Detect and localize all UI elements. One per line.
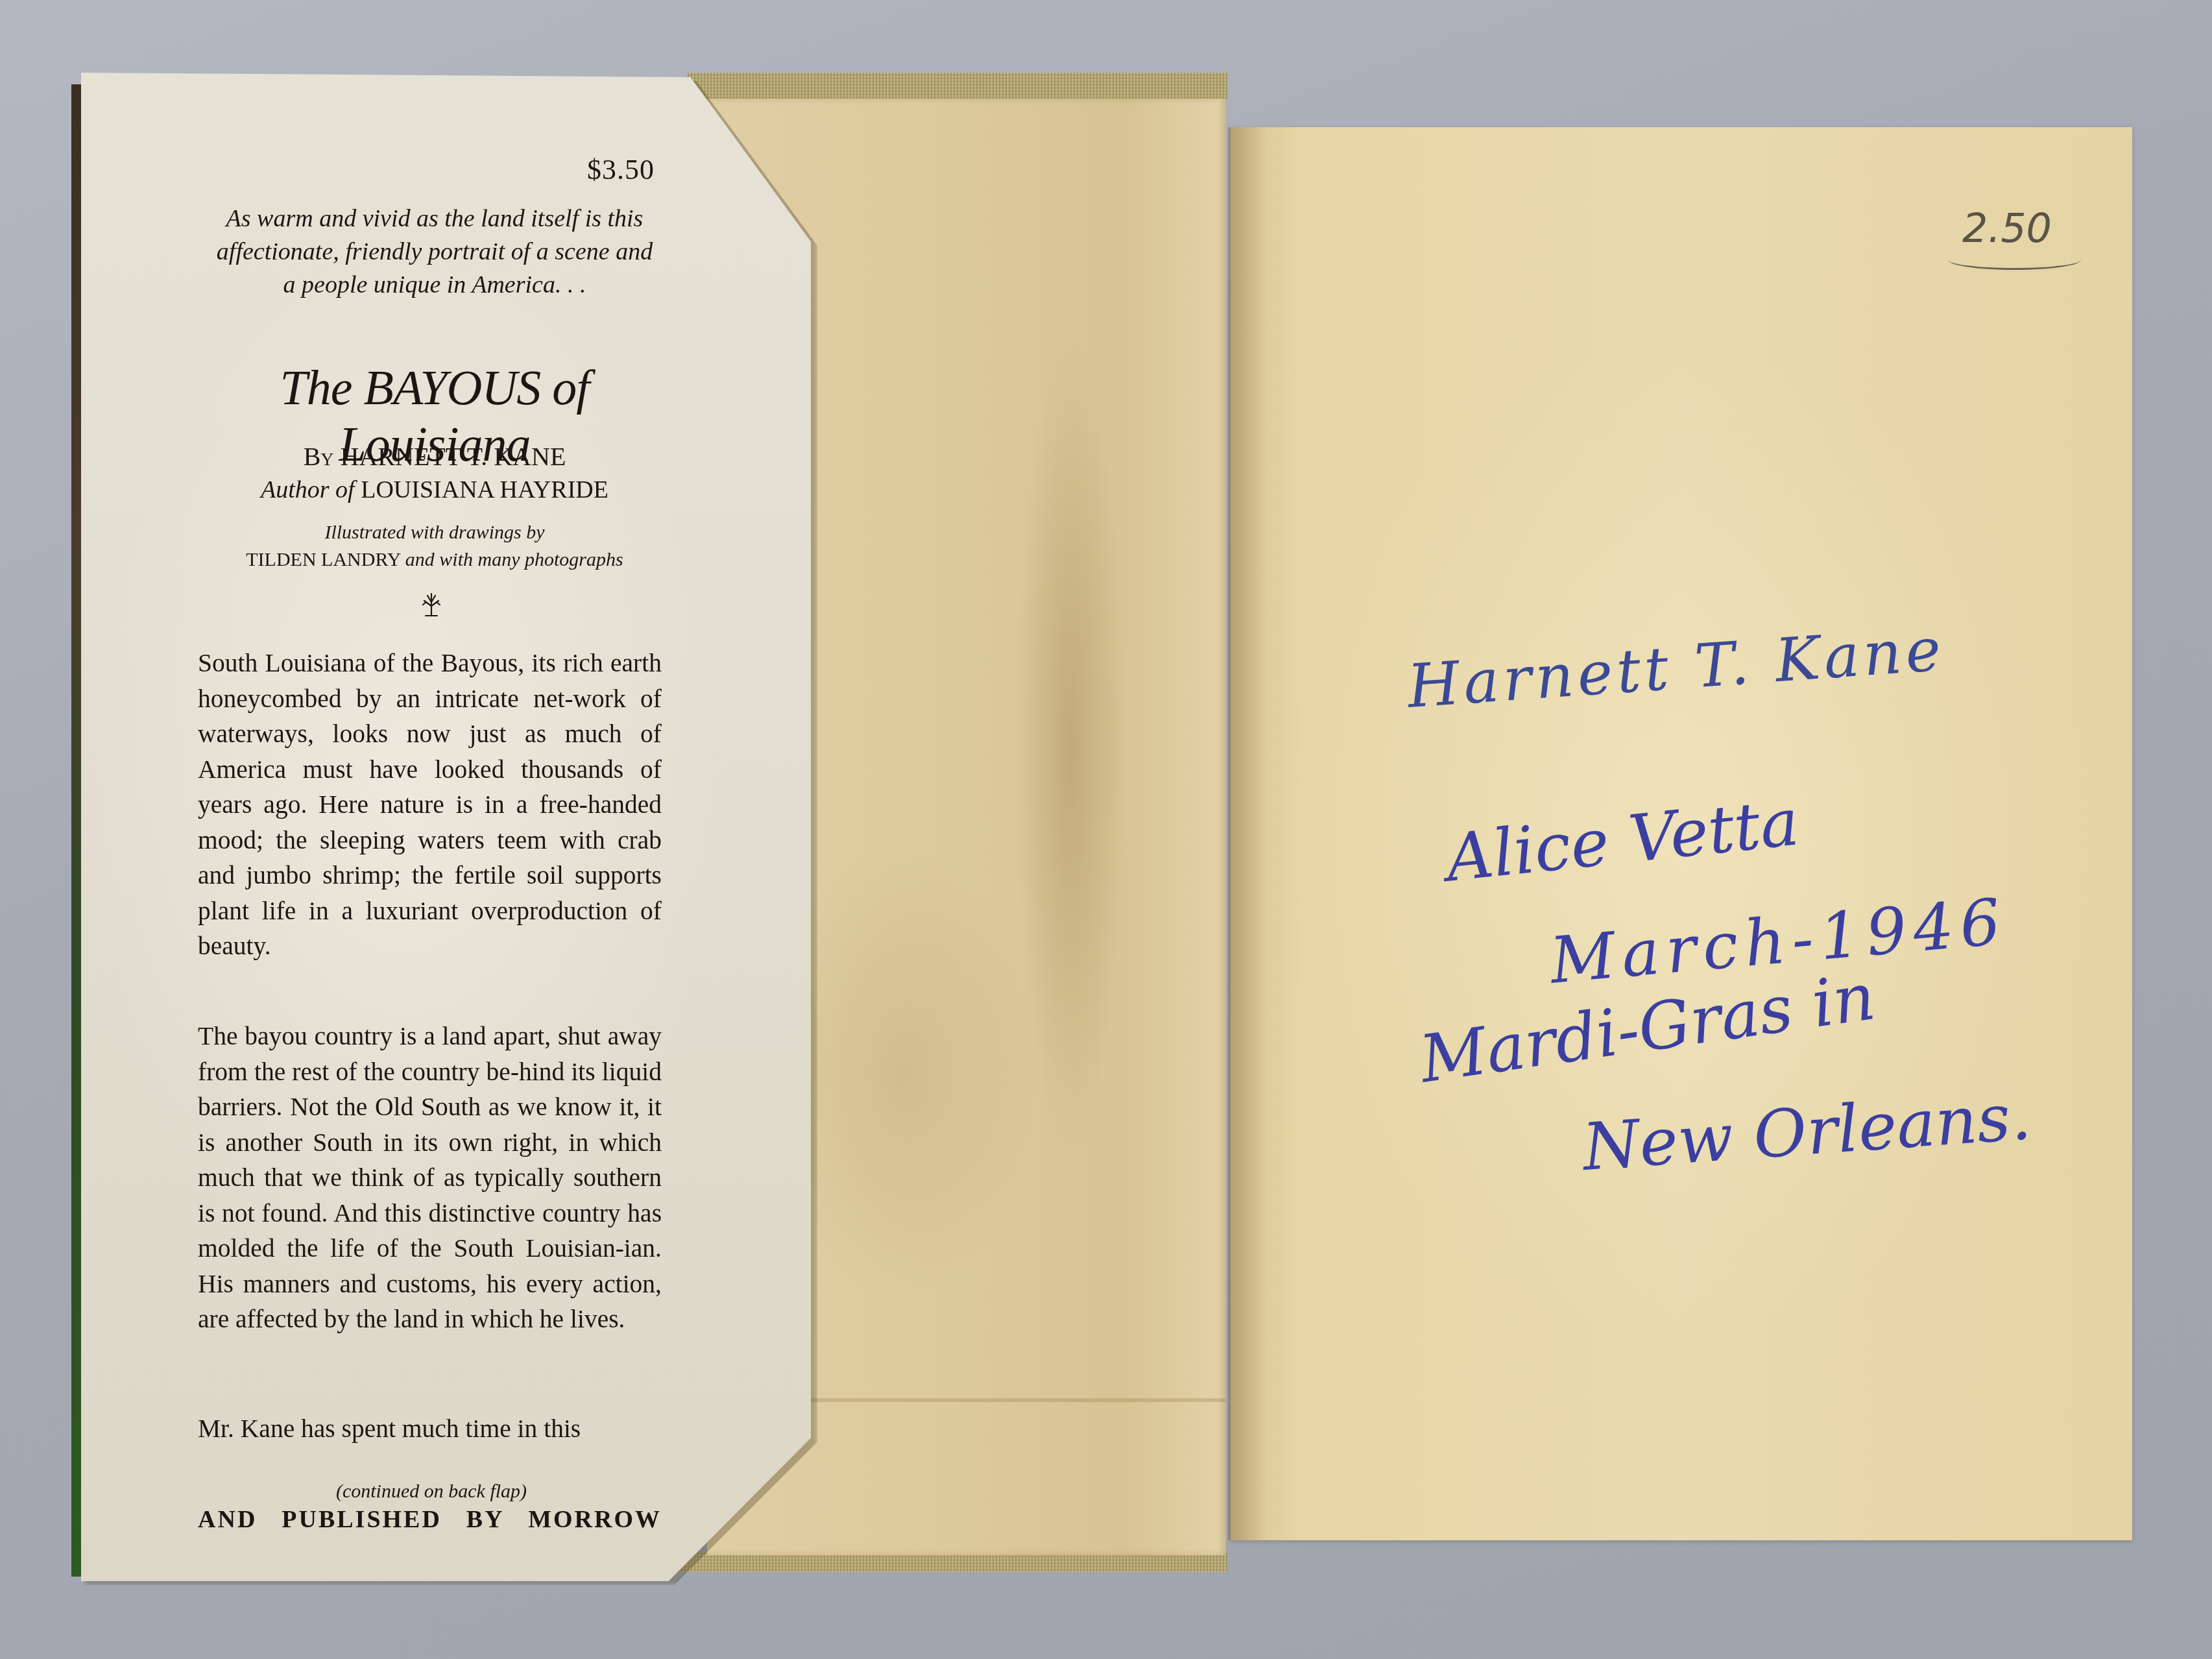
byline-prefix: By <box>304 442 334 471</box>
byline: By HARNETT T. KANE <box>195 441 675 472</box>
jacket-tagline: As warm and vivid as the land itself is … <box>214 202 655 302</box>
jacket-price: $3.50 <box>587 153 655 186</box>
jacket-paragraph-1: South Louisiana of the Bayous, its rich … <box>198 646 662 964</box>
pencil-price-note: 2.50 <box>1962 204 2052 252</box>
gutter-shadow <box>1228 127 1267 1540</box>
cloth-board-top-edge <box>688 73 1227 100</box>
illustrated-suffix: and with many photographs <box>405 549 623 570</box>
continued-note: (continued on back flap) <box>195 1481 668 1503</box>
previous-book-title: LOUISIANA HAYRIDE <box>361 476 608 503</box>
pencil-underline <box>1948 250 2081 270</box>
illustration-credit: Illustrated with drawings by TILDEN LAND… <box>195 519 675 574</box>
author-of-line: Author of LOUISIANA HAYRIDE <box>195 476 675 504</box>
illustrated-line: Illustrated with drawings by <box>324 522 544 543</box>
jacket-paragraph-2: The bayou country is a land apart, shut … <box>198 1019 662 1337</box>
illustrator-name: TILDEN LANDRY <box>246 549 400 570</box>
author-of-prefix: Author of <box>261 476 355 503</box>
jacket-paragraph-3: Mr. Kane has spent much time in this <box>198 1411 662 1447</box>
tree-icon <box>418 592 444 618</box>
cloth-board-bottom-edge <box>675 1553 1227 1572</box>
publisher-line: AND PUBLISHED BY MORROW <box>198 1505 662 1534</box>
author-name: HARNETT T. KANE <box>341 442 566 471</box>
